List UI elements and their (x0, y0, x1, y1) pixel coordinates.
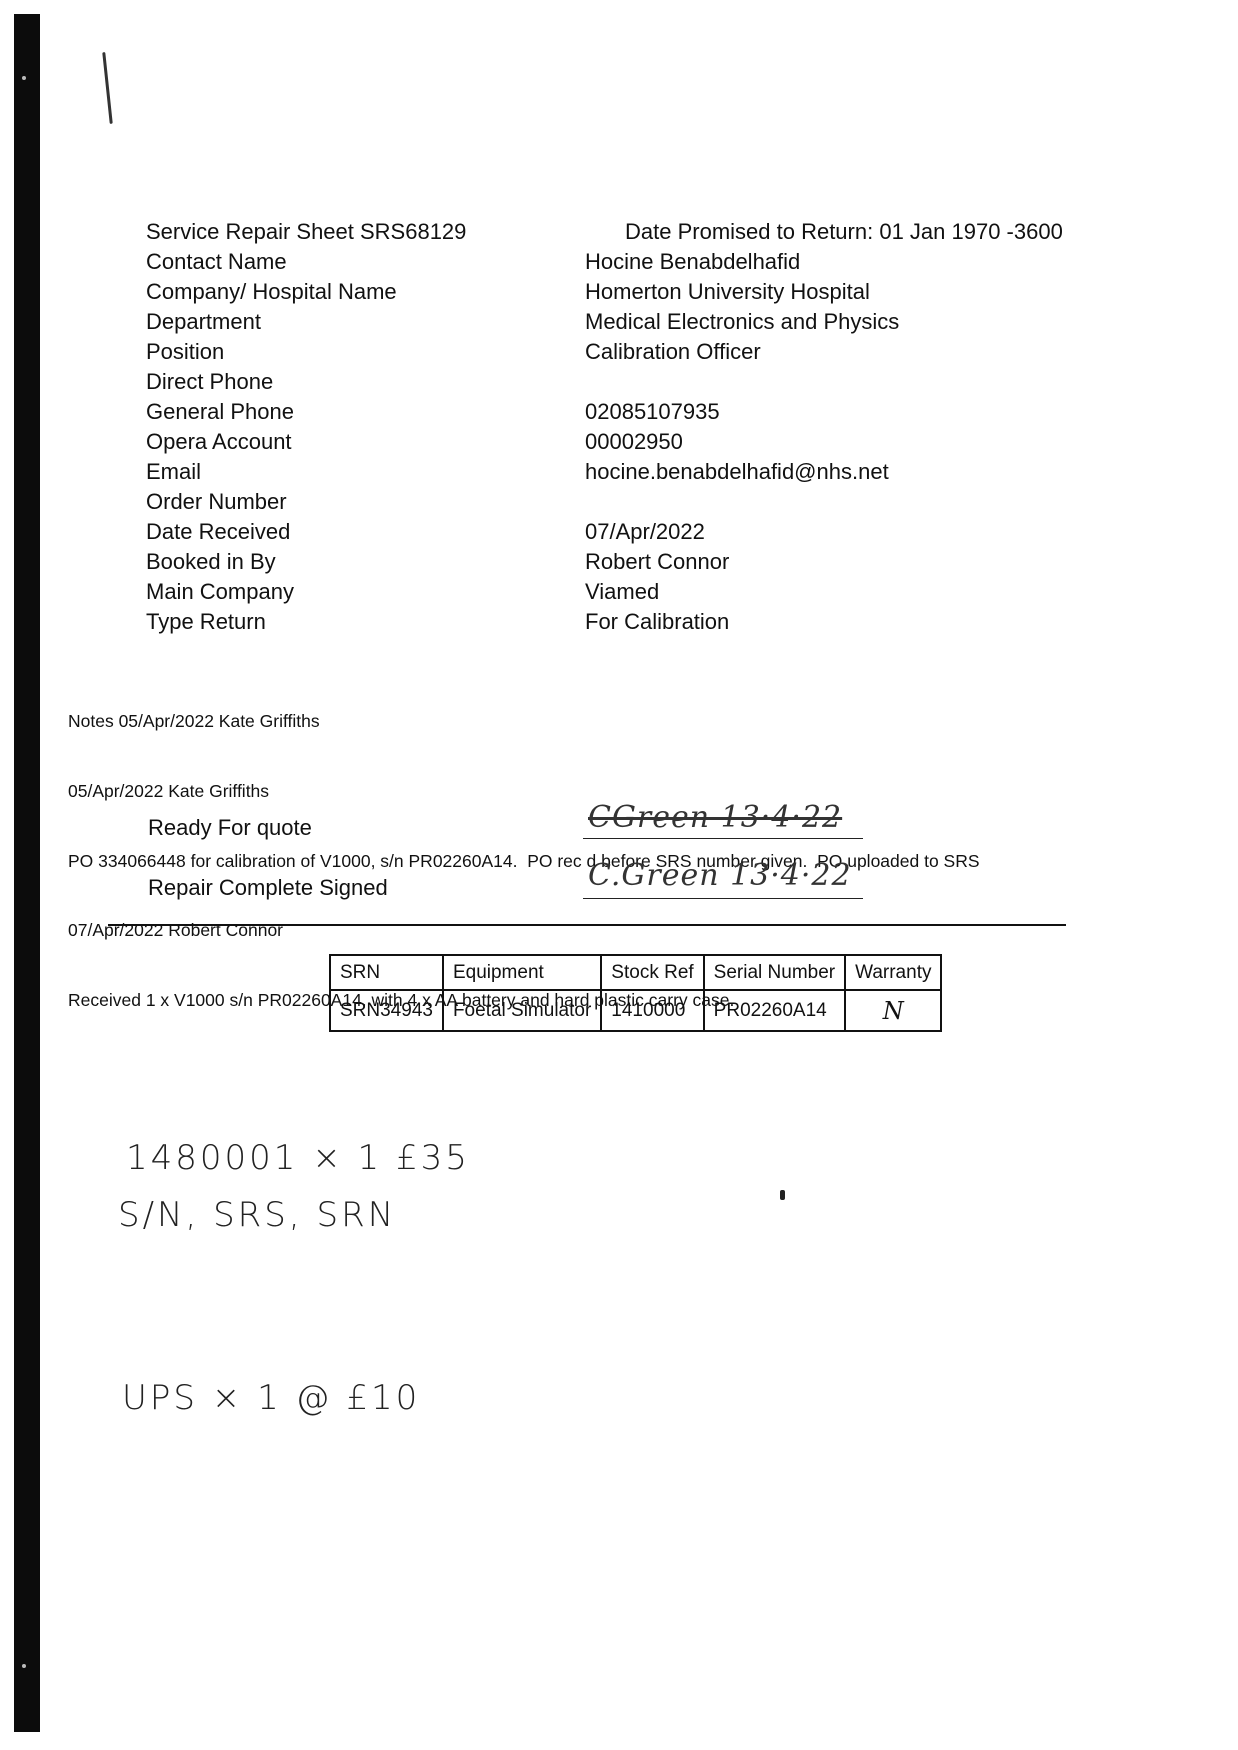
email-value: hocine.benabdelhafid@nhs.net (585, 459, 889, 485)
column-header: Serial Number (704, 955, 845, 990)
field-value: Medical Electronics and Physics (585, 309, 899, 335)
scan-speck (780, 1190, 785, 1200)
field-label: Department (146, 309, 261, 335)
field-label: Type Return (146, 609, 266, 635)
field-value: Homerton University Hospital (585, 279, 870, 305)
field-label: Company/ Hospital Name (146, 279, 397, 305)
ready-for-quote-label: Ready For quote (148, 815, 312, 841)
field-label: Opera Account (146, 429, 292, 455)
field-value: 07/Apr/2022 (585, 519, 705, 545)
table-header-row: SRN Equipment Stock Ref Serial Number Wa… (330, 955, 941, 990)
field-label: Booked in By (146, 549, 276, 575)
field-label: Email (146, 459, 201, 485)
stock-ref-cell: 1410000 (601, 990, 703, 1031)
handwritten-note: 1480001 × 1 £35 (126, 1138, 470, 1178)
note-line: 05/Apr/2022 Kate Griffiths (68, 780, 980, 803)
field-label: Direct Phone (146, 369, 273, 395)
equipment-table: SRN Equipment Stock Ref Serial Number Wa… (329, 954, 942, 1032)
signature-line (583, 898, 863, 899)
field-value: For Calibration (585, 609, 729, 635)
field-label: General Phone (146, 399, 294, 425)
equipment-cell: Foetal Simulator (443, 990, 601, 1031)
serial-number-cell: PR02260A14 (704, 990, 845, 1031)
date-promised: Date Promised to Return: 01 Jan 1970 -36… (625, 219, 1063, 245)
warranty-cell: N (845, 990, 941, 1031)
field-value: 02085107935 (585, 399, 720, 425)
field-label: Position (146, 339, 224, 365)
note-line: Notes 05/Apr/2022 Kate Griffiths (68, 710, 980, 733)
handwritten-note: S/N, SRS, SRN (118, 1195, 396, 1235)
scan-edge (14, 14, 40, 1732)
section-divider (108, 924, 1066, 926)
field-label: Date Received (146, 519, 290, 545)
ready-for-quote-signature: CGreen 13·4·22 (588, 800, 842, 835)
srn-cell: SRN34943 (330, 990, 443, 1031)
field-label: Order Number (146, 489, 287, 515)
sheet-title: Service Repair Sheet SRS68129 (146, 219, 466, 245)
repair-complete-label: Repair Complete Signed (148, 875, 388, 901)
column-header: Stock Ref (601, 955, 703, 990)
field-value: 00002950 (585, 429, 683, 455)
pen-mark (102, 52, 113, 124)
field-value: Calibration Officer (585, 339, 761, 365)
repair-complete-signature: C.Green 13·4·22 (588, 858, 852, 893)
handwritten-note: UPS × 1 @ £10 (122, 1378, 420, 1418)
field-value: Viamed (585, 579, 659, 605)
field-label: Contact Name (146, 249, 287, 275)
scan-artifact (22, 76, 26, 80)
field-value: Robert Connor (585, 549, 729, 575)
field-label: Main Company (146, 579, 294, 605)
field-value: Hocine Benabdelhafid (585, 249, 800, 275)
signature-line (583, 838, 863, 839)
column-header: Warranty (845, 955, 941, 990)
column-header: SRN (330, 955, 443, 990)
column-header: Equipment (443, 955, 601, 990)
scan-artifact (22, 1664, 26, 1668)
note-line: 07/Apr/2022 Robert Connor (68, 919, 980, 942)
table-row: SRN34943 Foetal Simulator 1410000 PR0226… (330, 990, 941, 1031)
